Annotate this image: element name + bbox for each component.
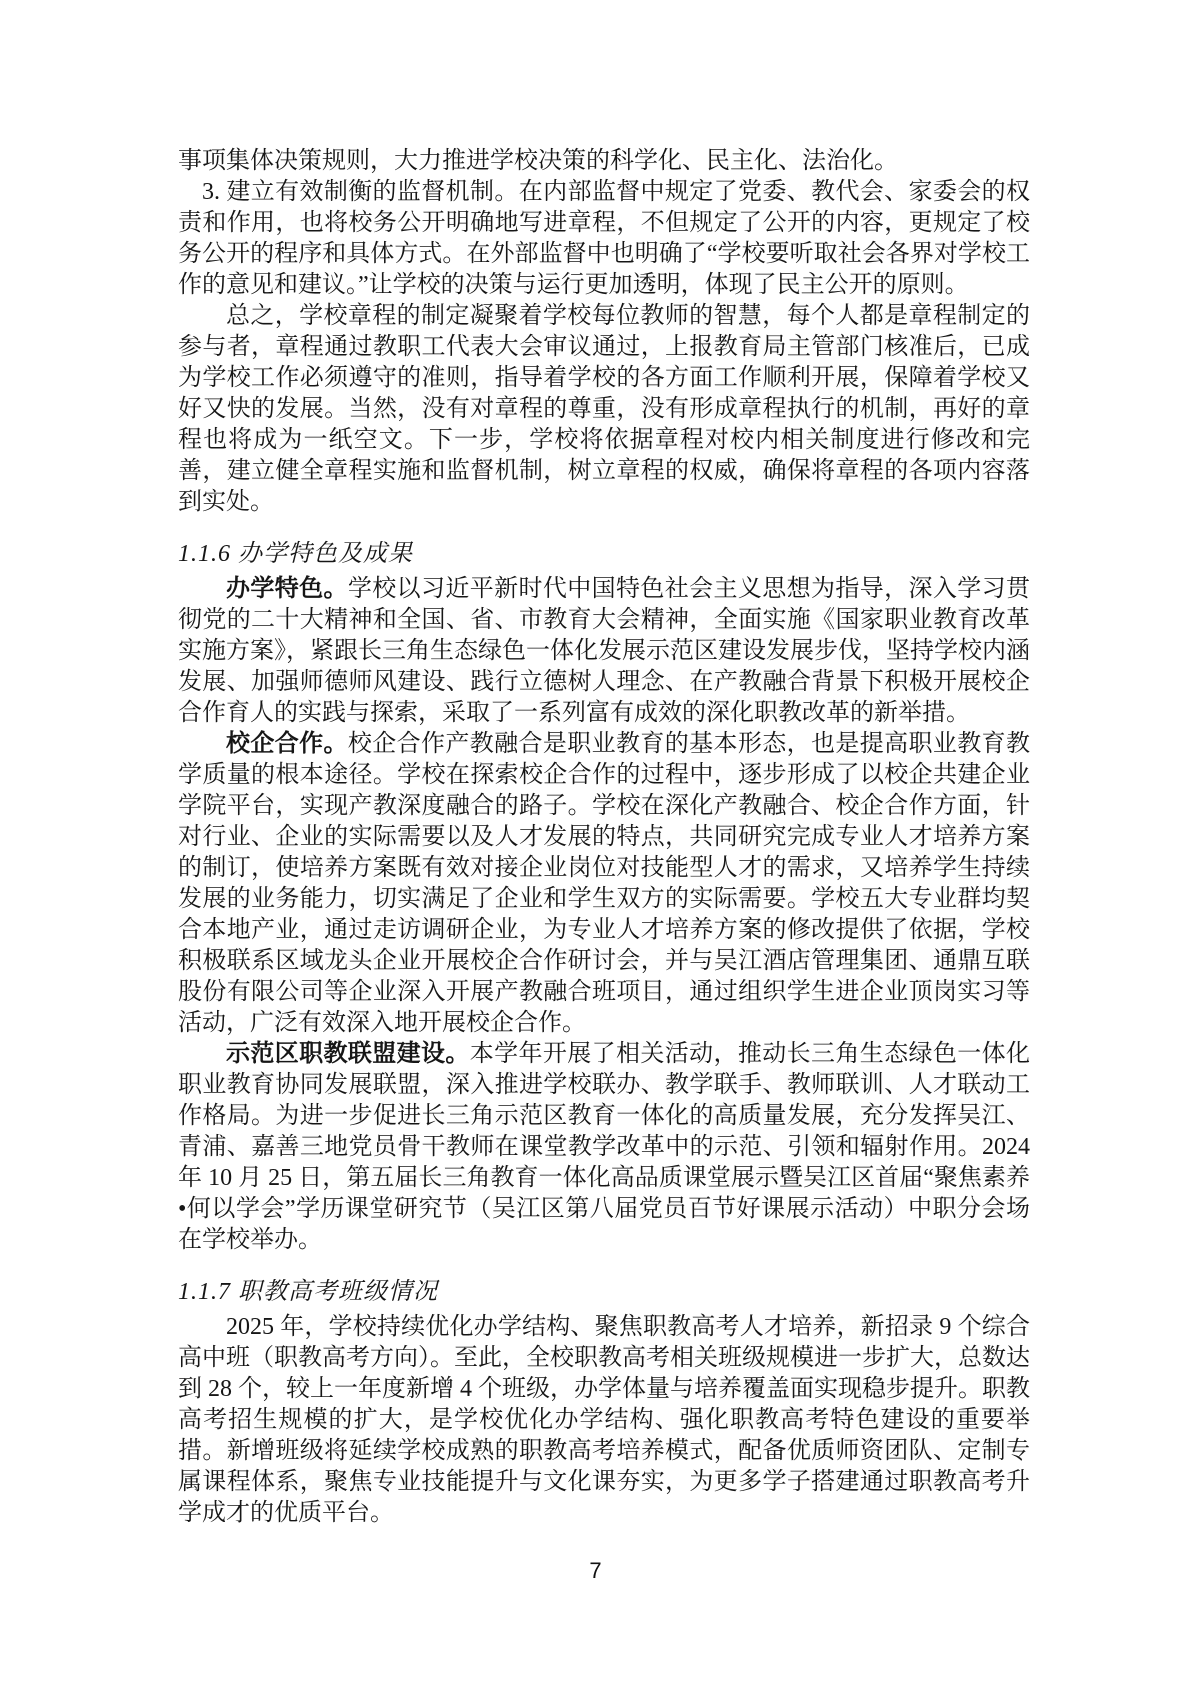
paragraph-supervision-mechanism: 3. 建立有效制衡的监督机制。在内部监督中规定了党委、教代会、家委会的权责和作用…	[178, 177, 1030, 301]
section-heading-1-1-7: 1.1.7 职教高考班级情况	[178, 1277, 1030, 1308]
paragraph-vocational-exam-classes: 2025 年，学校持续优化办学结构、聚焦职教高考人才培养，新招录 9 个综合高中…	[178, 1312, 1030, 1529]
paragraph-vocational-alliance-text: 本学年开展了相关活动，推动长三角生态绿色一体化职业教育协同发展联盟，深入推进学校…	[178, 1041, 1030, 1253]
paragraph-school-enterprise-cooperation-text: 校企合作产教融合是职业教育的基本形态，也是提高职业教育教学质量的根本途径。学校在…	[178, 731, 1030, 1036]
paragraph-school-features: 办学特色。学校以习近平新时代中国特色社会主义思想为指导，深入学习贯彻党的二十大精…	[178, 574, 1030, 729]
paragraph-school-enterprise-cooperation: 校企合作。校企合作产教融合是职业教育的基本形态，也是提高职业教育教学质量的根本途…	[178, 729, 1030, 1039]
page-body-text: 事项集体决策规则，大力推进学校决策的科学化、民主化、法治化。 3. 建立有效制衡…	[178, 146, 1030, 1529]
bold-lead-school-enterprise-cooperation: 校企合作。	[226, 731, 348, 757]
bold-lead-school-features: 办学特色。	[226, 576, 348, 602]
paragraph-vocational-alliance: 示范区职教联盟建设。本学年开展了相关活动，推动长三角生态绿色一体化职业教育协同发…	[178, 1039, 1030, 1256]
paragraph-carryover: 事项集体决策规则，大力推进学校决策的科学化、民主化、法治化。	[178, 146, 1030, 177]
section-heading-1-1-6: 1.1.6 办学特色及成果	[178, 539, 1030, 570]
bold-lead-vocational-alliance: 示范区职教联盟建设。	[226, 1041, 470, 1067]
paragraph-charter-summary: 总之，学校章程的制定凝聚着学校每位教师的智慧，每个人都是章程制定的参与者，章程通…	[178, 301, 1030, 518]
page-number: 7	[0, 1558, 1191, 1584]
document-page: 事项集体决策规则，大力推进学校决策的科学化、民主化、法治化。 3. 建立有效制衡…	[0, 0, 1191, 1684]
